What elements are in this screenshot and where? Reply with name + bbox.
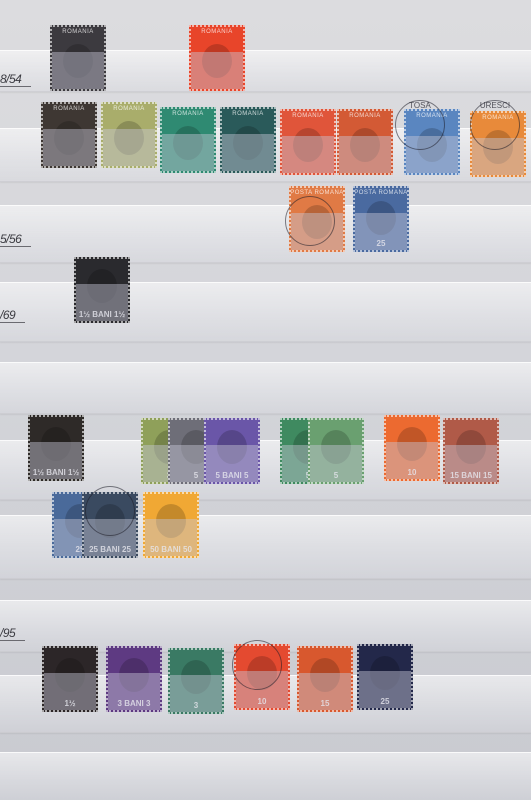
stamp: 10: [384, 415, 440, 481]
stamp: ROMANIA: [404, 109, 460, 175]
stamp: 5 BANI 5: [204, 418, 260, 484]
strip-overlay: [170, 675, 222, 712]
stamp-country-text: ROMANIA: [292, 113, 324, 119]
stamp: ROMANIA: [101, 102, 157, 168]
album-strip: [0, 752, 531, 800]
row-label: /69: [0, 308, 25, 323]
stamp: 3: [168, 648, 224, 714]
stamp: 25: [357, 644, 413, 710]
stamp: ROMANIA: [160, 107, 216, 173]
strip-overlay: [191, 52, 243, 89]
stamp: 3 BANI 3: [106, 646, 162, 712]
row-label: /95: [0, 626, 25, 641]
strip-overlay: [145, 519, 197, 556]
stamp: POSTA ROMANA25: [353, 186, 409, 252]
strip-overlay: [103, 129, 155, 166]
strip-overlay: [206, 445, 258, 482]
stamp: ROMANIA: [50, 25, 106, 91]
strip-overlay: [472, 138, 524, 175]
strip-overlay: [30, 442, 82, 479]
stamp: ROMANIA: [41, 102, 97, 168]
stamp: 10: [234, 644, 290, 710]
stamp: 25 BANI 25: [82, 492, 138, 558]
stamp: 15 BANI 15: [443, 418, 499, 484]
album-strip: [0, 362, 531, 414]
strip-overlay: [339, 136, 391, 173]
stamp: 50 BANI 50: [143, 492, 199, 558]
stamp-country-text: ROMANIA: [201, 29, 233, 35]
strip-overlay: [84, 519, 136, 556]
strip-overlay: [52, 52, 104, 89]
stamp-country-text: ROMANIA: [53, 106, 85, 112]
strip-overlay: [310, 445, 362, 482]
stamp-country-text: POSTA ROMANA: [290, 190, 344, 196]
album-strip: [0, 205, 531, 263]
strip-overlay: [299, 673, 351, 710]
strip-overlay: [43, 129, 95, 166]
stamp: ROMANIA: [280, 109, 336, 175]
strip-overlay: [162, 134, 214, 171]
strip-overlay: [222, 134, 274, 171]
strip-overlay: [76, 284, 128, 321]
stamp: ROMANIA: [337, 109, 393, 175]
stamp-country-text: ROMANIA: [482, 115, 514, 121]
strip-overlay: [355, 213, 407, 250]
stamp-country-text: POSTA ROMANA: [354, 190, 408, 196]
row-label: 5/56: [0, 232, 31, 247]
stamp: ROMANIA: [220, 107, 276, 173]
stamp: ROMANIA: [189, 25, 245, 91]
stamp: 1½ BANI 1½: [74, 257, 130, 323]
strip-overlay: [236, 671, 288, 708]
stamp: 15: [297, 646, 353, 712]
stamp-country-text: ROMANIA: [232, 111, 264, 117]
stamp: 1½ BANI 1½: [28, 415, 84, 481]
strip-overlay: [291, 213, 343, 250]
album-page: 8/54 5/56 /69 /95 ROMANIAROMANIAROMANIAR…: [0, 0, 531, 800]
strip-overlay: [282, 136, 334, 173]
stamp-country-text: ROMANIA: [349, 113, 381, 119]
strip-overlay: [44, 673, 96, 710]
stamp: POSTA ROMANA: [289, 186, 345, 252]
stamp-country-text: ROMANIA: [416, 113, 448, 119]
stamp-country-text: ROMANIA: [113, 106, 145, 112]
strip-overlay: [359, 671, 411, 708]
strip-overlay: [406, 136, 458, 173]
row-label: 8/54: [0, 72, 31, 87]
strip-overlay: [108, 673, 160, 710]
stamp-country-text: ROMANIA: [172, 111, 204, 117]
strip-overlay: [445, 445, 497, 482]
stamp: 5: [308, 418, 364, 484]
stamp: 1½: [42, 646, 98, 712]
stamp: ROMANIA: [470, 111, 526, 177]
stamp-country-text: ROMANIA: [62, 29, 94, 35]
strip-overlay: [386, 442, 438, 479]
